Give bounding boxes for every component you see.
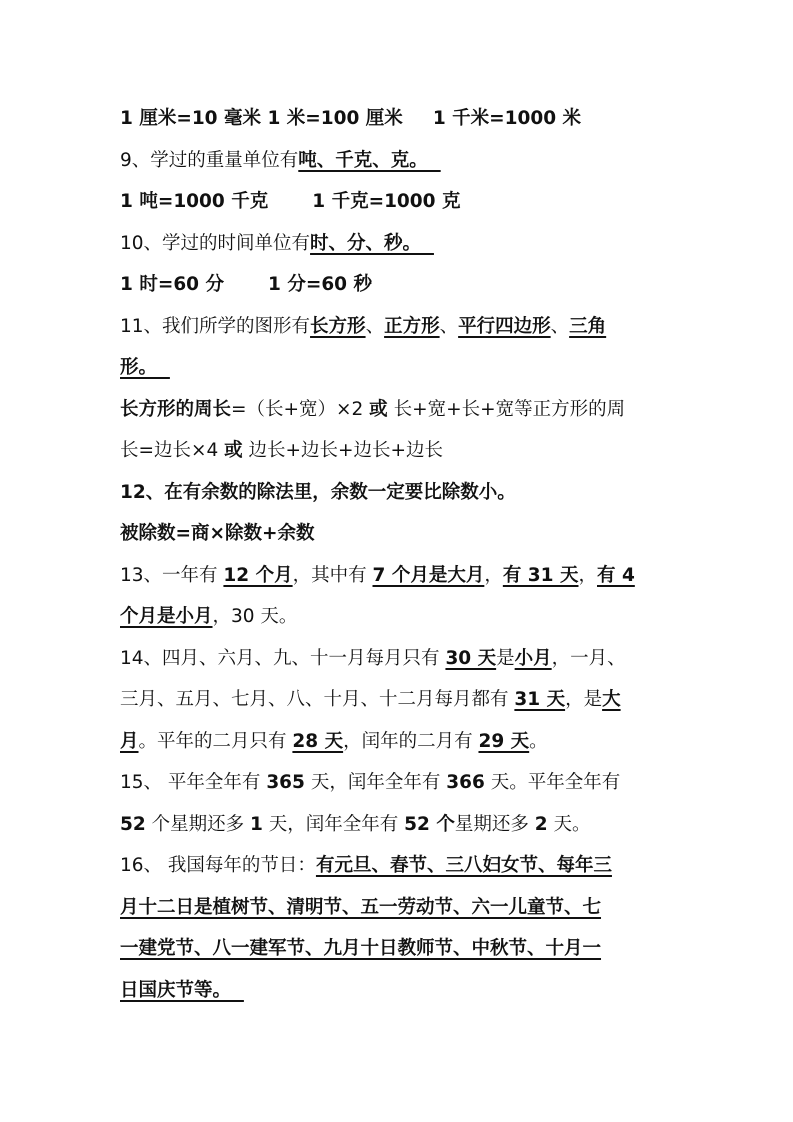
text-line: 52 个星期还多 1 天，闰年全年有 52 个星期还多 2 天。 [120,804,676,846]
document-page: 1 厘米=10 毫米 1 米=100 厘米1 千米=1000 米9、学过的重量单… [120,98,676,1011]
text-segment: ， [578,565,597,586]
text-segment: 16、 我国每年的节日： [120,855,316,876]
text-line: 一建党节、八一建军节、九月十日教师节、中秋节、十月一 [120,928,676,970]
text-line: 日国庆节等。 [120,970,676,1012]
underlined-answer: 有 4 [597,565,635,586]
text-line: 1 时=60 分1 分=60 秒 [120,264,676,306]
text-segment: 长+宽+长+宽等正方形的周 [388,399,625,420]
underlined-answer: 12 个月 [223,565,292,586]
text-segment: 14、四月、六月、九、十一月每月只有 [120,648,445,669]
text-line: 被除数=商×除数+余数 [120,513,676,555]
text-segment: 、 [366,316,385,337]
text-segment: 三月、五月、七月、八、十月、十二月每月都有 [120,689,514,710]
text-segment: 10、学过的时间单位有 [120,233,310,254]
text-segment: ，其中有 [293,565,373,586]
bold-text: 1 分=60 秒 [268,274,372,295]
underlined-answer: 正方形 [384,316,440,337]
underlined-answer: 时、分、秒。 [310,233,434,254]
text-line: 长方形的周长=（长+宽）×2 或 长+宽+长+宽等正方形的周 [120,389,676,431]
bold-text: 1 千米=1000 米 [433,108,581,129]
underlined-answer: 一建党节、八一建军节、九月十日教师节、中秋节、十月一 [120,938,601,959]
underlined-answer: 小月 [515,648,552,669]
underlined-answer: 形。 [120,357,170,378]
underlined-answer: 31 天 [514,689,565,710]
underlined-answer: 日国庆节等。 [120,980,244,1001]
text-segment: =（长+宽）×2 [231,399,369,420]
bold-text: 1 千克=1000 克 [312,191,460,212]
text-segment: ，一月、 [552,648,626,669]
bold-text: 12、在有余数的除法里，余数一定要比除数小。 [120,482,516,503]
text-line: 16、 我国每年的节日：有元旦、春节、三八妇女节、每年三 [120,845,676,887]
text-segment: ，闰年的二月有 [343,731,478,752]
underlined-answer: 29 天 [478,731,529,752]
bold-text: 长方形的周长 [120,399,231,420]
underlined-answer: 吨、千克、克。 [298,150,440,171]
text-segment: 13、一年有 [120,565,223,586]
text-line: 9、学过的重量单位有吨、千克、克。 [120,140,676,182]
text-segment: 、 [440,316,459,337]
text-segment: 9、学过的重量单位有 [120,150,298,171]
bold-text: 或 [369,399,388,420]
text-line: 12、在有余数的除法里，余数一定要比除数小。 [120,472,676,514]
bold-text: 365 [266,772,305,793]
text-line: 长=边长×4 或 边长+边长+边长+边长 [120,430,676,472]
text-line: 月。平年的二月只有 28 天，闰年的二月有 29 天。 [120,721,676,763]
text-line: 15、 平年全年有 365 天，闰年全年有 366 天。平年全年有 [120,762,676,804]
text-line: 形。 [120,347,676,389]
text-segment: 。 [529,731,548,752]
text-segment: 天。平年全年有 [485,772,620,793]
bold-text: 52 [120,814,146,835]
underlined-answer: 有元旦、春节、三八妇女节、每年三 [316,855,612,876]
text-line: 11、我们所学的图形有长方形、正方形、平行四边形、三角 [120,306,676,348]
bold-text: 52 个 [404,814,455,835]
text-segment: 个星期还多 [146,814,250,835]
text-segment: 是 [496,648,515,669]
underlined-answer: 三角 [569,316,606,337]
text-segment: 长=边长×4 [120,440,224,461]
text-line: 1 吨=1000 千克1 千克=1000 克 [120,181,676,223]
bold-text: 1 吨=1000 千克 [120,191,268,212]
text-segment: 星期还多 [455,814,535,835]
text-segment: 、 [551,316,570,337]
underlined-answer: 7 个月是大月 [373,565,485,586]
underlined-answer: 大 [602,689,621,710]
text-segment: 15、 平年全年有 [120,772,266,793]
text-segment: ， [484,565,503,586]
bold-text: 或 [224,440,243,461]
underlined-answer: 月 [120,731,139,752]
text-segment: 天，闰年全年有 [305,772,446,793]
underlined-answer: 28 天 [292,731,343,752]
text-line: 1 厘米=10 毫米 1 米=100 厘米1 千米=1000 米 [120,98,676,140]
text-line: 10、学过的时间单位有时、分、秒。 [120,223,676,265]
text-segment: 。平年的二月只有 [139,731,293,752]
text-segment: ，是 [565,689,602,710]
text-segment: ，30 天。 [213,606,298,627]
text-segment: 边长+边长+边长+边长 [243,440,443,461]
underlined-answer: 30 天 [445,648,496,669]
bold-text: 1 时=60 分 [120,274,224,295]
bold-text: 2 [535,814,548,835]
text-segment: 11、我们所学的图形有 [120,316,310,337]
text-line: 14、四月、六月、九、十一月每月只有 30 天是小月，一月、 [120,638,676,680]
underlined-answer: 有 31 天 [503,565,579,586]
underlined-answer: 个月是小月 [120,606,213,627]
text-line: 三月、五月、七月、八、十月、十二月每月都有 31 天，是大 [120,679,676,721]
text-line: 13、一年有 12 个月，其中有 7 个月是大月，有 31 天，有 4 [120,555,676,597]
bold-text: 1 [250,814,263,835]
text-line: 个月是小月，30 天。 [120,596,676,638]
bold-text: 1 厘米=10 毫米 1 米=100 厘米 [120,108,403,129]
bold-text: 被除数=商×除数+余数 [120,523,315,544]
text-line: 月十二日是植树节、清明节、五一劳动节、六一儿童节、七 [120,887,676,929]
underlined-answer: 月十二日是植树节、清明节、五一劳动节、六一儿童节、七 [120,897,601,918]
bold-text: 366 [446,772,485,793]
underlined-answer: 长方形 [310,316,366,337]
text-segment: 天。 [548,814,591,835]
text-segment: 天，闰年全年有 [263,814,404,835]
underlined-answer: 平行四边形 [458,316,551,337]
